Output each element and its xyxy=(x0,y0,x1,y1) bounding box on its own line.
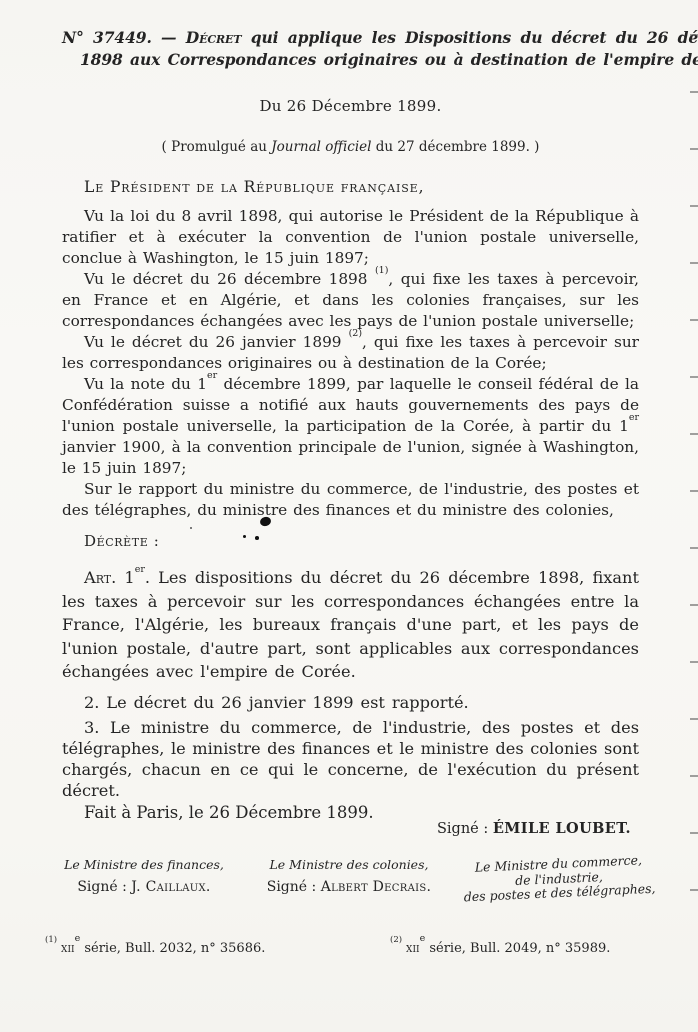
ordinal-sup: er xyxy=(207,370,217,381)
decree-number: N° 37449. — xyxy=(62,28,186,47)
decree-word: Décrète : xyxy=(62,532,639,550)
ordinal-sup: e xyxy=(420,933,426,944)
footnote-1: (1)xiie série, Bull. 2032, n° 35686. xyxy=(45,941,390,956)
footnotes: (1)xiie série, Bull. 2032, n° 35686. (2)… xyxy=(45,941,639,956)
signatory-commerce: Le Ministre du commerce, de l'industrie,… xyxy=(453,852,665,905)
scan-edge-marks xyxy=(690,34,698,894)
promulgation-pre: ( Promulgué au xyxy=(162,139,272,155)
signatory-colonies: Le Ministre des colonies, Signé : Albert… xyxy=(244,857,454,901)
signature-label: Signé : xyxy=(267,879,321,895)
signatory-signature: Signé : Albert Decrais. xyxy=(244,879,454,895)
visa-text: Vu la note du 1 xyxy=(84,375,207,393)
promulgation-post: du 27 décembre 1899. ) xyxy=(371,139,539,155)
signature-name: Albert Decrais. xyxy=(321,879,432,895)
footnote-text: série, Bull. 2049, n° 35989. xyxy=(425,941,610,956)
signature-label: Signé : xyxy=(437,821,493,837)
promulgation-line: ( Promulgué au Journal officiel du 27 dé… xyxy=(62,139,639,155)
article-1-label: Art. 1 xyxy=(84,568,135,587)
header-title-part: qui applique les Dispositions du décret … xyxy=(241,28,698,47)
signatory-title: Le Ministre des colonies, xyxy=(244,857,454,872)
signature-name: J. Caillaux. xyxy=(131,879,210,895)
visa-law-1898: Vu la loi du 8 avril 1898, qui autorise … xyxy=(62,206,639,269)
visa-text: Vu le décret du 26 décembre 1898 xyxy=(84,270,375,288)
footnote-marker: (2) xyxy=(390,935,402,945)
scanned-decree-page: N° 37449. — Décret qui applique les Disp… xyxy=(0,0,698,1032)
signatory-finances: Le Ministre des finances, Signé : J. Cai… xyxy=(44,857,244,901)
visa-report: Sur le rapport du ministre du commerce, … xyxy=(62,479,639,521)
president-signature: Signé : ÉMILE LOUBET. xyxy=(62,820,639,837)
decret-word: Décret xyxy=(186,28,242,47)
text-block: N° 37449. — Décret qui applique les Disp… xyxy=(62,0,639,956)
footnote-text: série, Bull. 2032, n° 35686. xyxy=(80,941,265,956)
signature-label: Signé : xyxy=(77,879,131,895)
signatory-title: Le Ministre des finances, xyxy=(44,857,244,872)
series-numeral: xii xyxy=(406,941,420,956)
document-header: N° 37449. — Décret qui applique les Disp… xyxy=(62,27,639,71)
ordinal-sup: er xyxy=(629,412,639,423)
journal-officiel-label: Journal officiel xyxy=(271,139,371,155)
header-line-1: N° 37449. — Décret qui applique les Disp… xyxy=(62,27,639,49)
date-line: Du 26 Décembre 1899. xyxy=(62,97,639,115)
footnote-ref-1: (1) xyxy=(375,265,388,276)
visa-text: Vu le décret du 26 janvier 1899 xyxy=(84,333,349,351)
ink-speck xyxy=(255,536,259,540)
footnote-marker: (1) xyxy=(45,935,57,945)
ministers-signature-row: Le Ministre des finances, Signé : J. Cai… xyxy=(44,857,664,901)
article-2: 2. Le décret du 26 janvier 1899 est rapp… xyxy=(62,691,639,715)
article-1-text: . Les dispositions du décret du 26 décem… xyxy=(62,568,639,681)
signatory-signature: Signé : J. Caillaux. xyxy=(44,879,244,895)
ink-speck xyxy=(243,535,246,538)
ordinal-sup: e xyxy=(75,933,81,944)
visa-swiss-note: Vu la note du 1er décembre 1899, par laq… xyxy=(62,374,639,479)
visa-text: janvier 1900, à la convention principale… xyxy=(62,438,639,477)
footnote-ref-2: (2) xyxy=(349,328,362,339)
ordinal-sup: er xyxy=(135,564,145,575)
visa-paragraphs: Vu la loi du 8 avril 1898, qui autorise … xyxy=(62,206,639,521)
visa-decree-1898: Vu le décret du 26 décembre 1898 (1), qu… xyxy=(62,269,639,332)
header-line-2: 1898 aux Correspondances originaires ou … xyxy=(62,49,639,71)
series-numeral: xii xyxy=(61,941,75,956)
salutation: Le Président de la République française, xyxy=(62,177,639,198)
visa-decree-1899: Vu le décret du 26 janvier 1899 (2), qui… xyxy=(62,332,639,374)
footnote-2: (2)xiie série, Bull. 2049, n° 35989. xyxy=(390,941,610,956)
ink-speck xyxy=(190,527,192,529)
article-1: Art. 1er. Les dispositions du décret du … xyxy=(62,566,639,684)
article-3: 3. Le ministre du commerce, de l'industr… xyxy=(62,717,639,801)
signature-name: ÉMILE LOUBET. xyxy=(493,820,631,837)
